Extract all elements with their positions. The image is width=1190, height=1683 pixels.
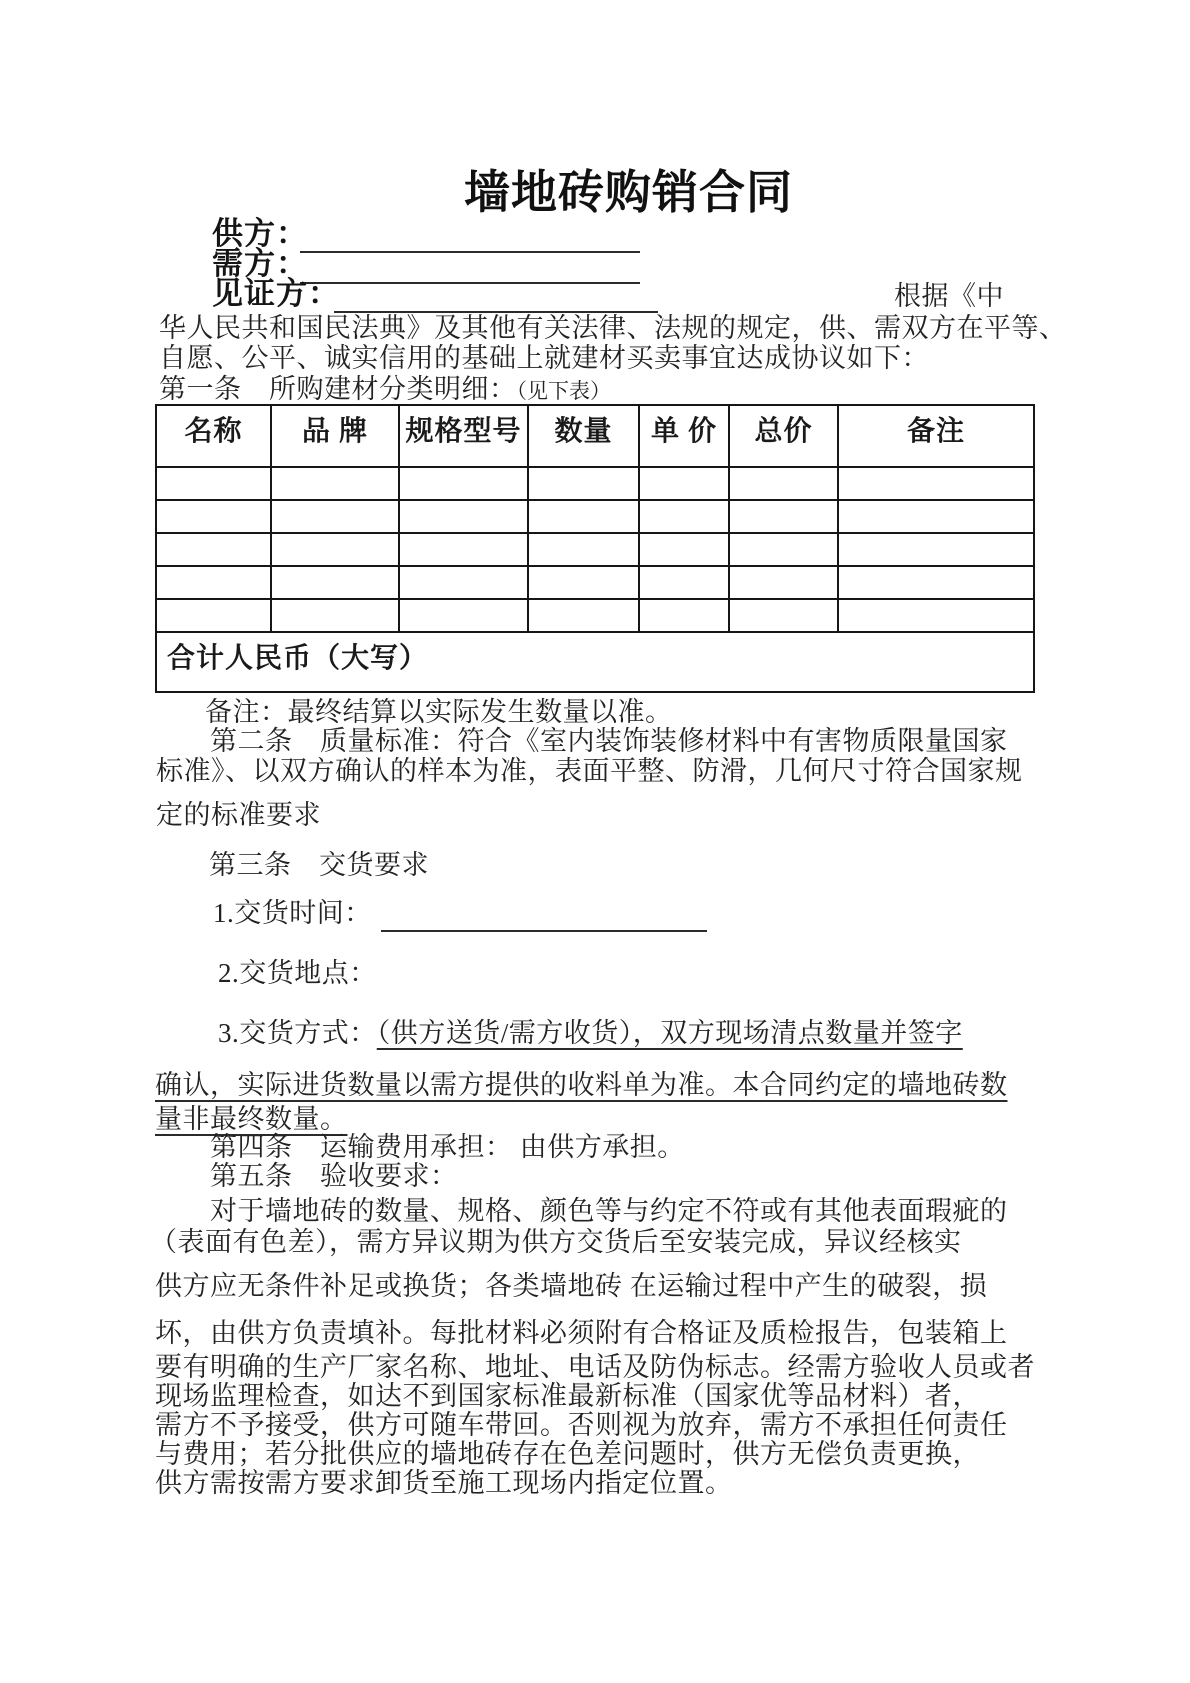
table-row [156,533,1034,566]
clause1-line: 第一条 所购建材分类明细：（见下表） [159,374,611,405]
delivery-time-label: 1.交货时间： [213,898,372,929]
table-remark: 备注：最终结算以实际发生数量以准。 [205,697,673,728]
total-amount-label: 合计人民币（大写） [156,632,1034,692]
table-cell-empty [838,500,1034,533]
table-cell-empty [528,500,639,533]
table-cell-empty [156,533,271,566]
col-header-spec-model: 规格型号 [399,405,528,467]
clause2-line-1: 第二条 质量标准：符合《室内装饰装修材料中有害物质限量国家 [210,726,1008,757]
table-cell-empty [838,467,1034,500]
col-header-remarks: 备注 [838,405,1034,467]
clause5-line-5: 要有明确的生产厂家名称、地址、电话及防伪标志。经需方验收人员或者 [155,1352,1035,1383]
table-cell-empty [639,533,729,566]
delivery-method-underlined-text: （供方送货/需方收货），双方现场清点数量并签字 [377,1018,963,1048]
clause2-line-2: 标准》、以双方确认的样本为准，表面平整、防滑，几何尺寸符合国家规 [156,756,1023,787]
table-cell-empty [838,566,1034,599]
clause5-line-8: 与费用；若分批供应的墙地砖存在色差问题时，供方无偿负责更换， [155,1439,980,1470]
table-cell-empty [271,599,399,632]
delivery-method-line-3: 量非最终数量。 [155,1104,348,1135]
contract-title: 墙地砖购销合同 [464,156,793,222]
clause5-line-3: 供方应无条件补足或换货；各类墙地砖 在运输过程中产生的破裂，损 [155,1271,987,1302]
contract-document-page: 墙地砖购销合同 供方： 需方： 见证方： 根据《中 华人民共和国民法典》及其他有… [0,0,1190,1683]
table-cell-empty [399,467,528,500]
col-header-brand: 品 牌 [271,405,399,467]
table-cell-empty [156,467,271,500]
table-row [156,566,1034,599]
clause4-line: 第四条 运输费用承担： 由供方承担。 [210,1132,685,1163]
table-cell-empty [729,500,838,533]
table-cell-empty [156,599,271,632]
table-cell-empty [156,566,271,599]
table-cell-empty [399,566,528,599]
delivery-time-blank-line [381,930,707,932]
clause3-heading: 第三条 交货要求 [209,850,429,881]
table-cell-empty [528,599,639,632]
clause5-line-2: （表面有色差），需方异议期为供方交货后至安装完成，异议经核实 [150,1227,962,1258]
table-cell-empty [528,566,639,599]
table-cell-empty [271,533,399,566]
table-cell-empty [729,467,838,500]
table-cell-empty [271,500,399,533]
table-row [156,599,1034,632]
table-total-row: 合计人民币（大写） [156,632,1034,692]
clause2-line-3: 定的标准要求 [156,800,321,831]
table-header-row: 名称 品 牌 规格型号 数量 单 价 总价 备注 [156,405,1034,467]
table-cell-empty [399,500,528,533]
table-cell-empty [729,566,838,599]
col-header-quantity: 数量 [528,405,639,467]
delivery-method-label: 3.交货方式： [218,1018,377,1048]
clause1-text: 第一条 所购建材分类明细： [159,374,517,404]
table-row [156,467,1034,500]
col-header-total-price: 总价 [729,405,838,467]
table-cell-empty [639,599,729,632]
delivery-place-label: 2.交货地点： [218,958,377,989]
clause5-line-6: 现场监理检查，如达不到国家标准最新标准（国家优等品材料）者， [155,1381,980,1412]
table-cell-empty [271,566,399,599]
col-header-unit-price: 单 价 [639,405,729,467]
table-cell-empty [399,599,528,632]
supplier-blank-line [300,251,640,253]
table-cell-empty [528,533,639,566]
table-cell-empty [639,500,729,533]
clause5-line-7: 需方不予接受，供方可随车带回。否则视为放弃，需方不承担任何责任 [155,1410,1008,1441]
clause5-line-1: 对于墙地砖的数量、规格、颜色等与约定不符或有其他表面瑕疵的 [210,1196,1008,1227]
clause5-line-9: 供方需按需方要求卸货至施工现场内指定位置。 [155,1468,733,1499]
table-cell-empty [838,533,1034,566]
delivery-method-line: 3.交货方式：（供方送货/需方收货），双方现场清点数量并签字 [218,1018,963,1049]
table-cell-empty [729,599,838,632]
table-cell-empty [528,467,639,500]
materials-table: 名称 品 牌 规格型号 数量 单 价 总价 备注 [155,404,1035,693]
clause1-note: （见下表） [517,379,612,403]
intro-line-1: 华人民共和国民法典》及其他有关法律、法规的规定，供、需双方在平等、 [159,313,1067,344]
table-cell-empty [399,533,528,566]
table-cell-empty [729,533,838,566]
table-cell-empty [639,566,729,599]
delivery-method-line-2: 确认，实际进货数量以需方提供的收料单为准。本合同约定的墙地砖数 [155,1070,1008,1101]
clause5-line-4: 坏，由供方负责填补。每批材料必须附有合格证及质检报告，包装箱上 [155,1318,1008,1349]
buyer-blank-line [300,282,640,284]
col-header-name: 名称 [156,405,271,467]
table-cell-empty [639,467,729,500]
table-cell-empty [838,599,1034,632]
clause5-heading: 第五条 验收要求： [210,1161,458,1192]
table-row [156,500,1034,533]
table-cell-empty [271,467,399,500]
table-cell-empty [156,500,271,533]
party-label-witness: 见证方： [212,276,340,312]
intro-line-2: 自愿、公平、诚实信用的基础上就建材买卖事宜达成协议如下： [159,343,929,374]
intro-right-fragment: 根据《中 [894,281,1004,312]
